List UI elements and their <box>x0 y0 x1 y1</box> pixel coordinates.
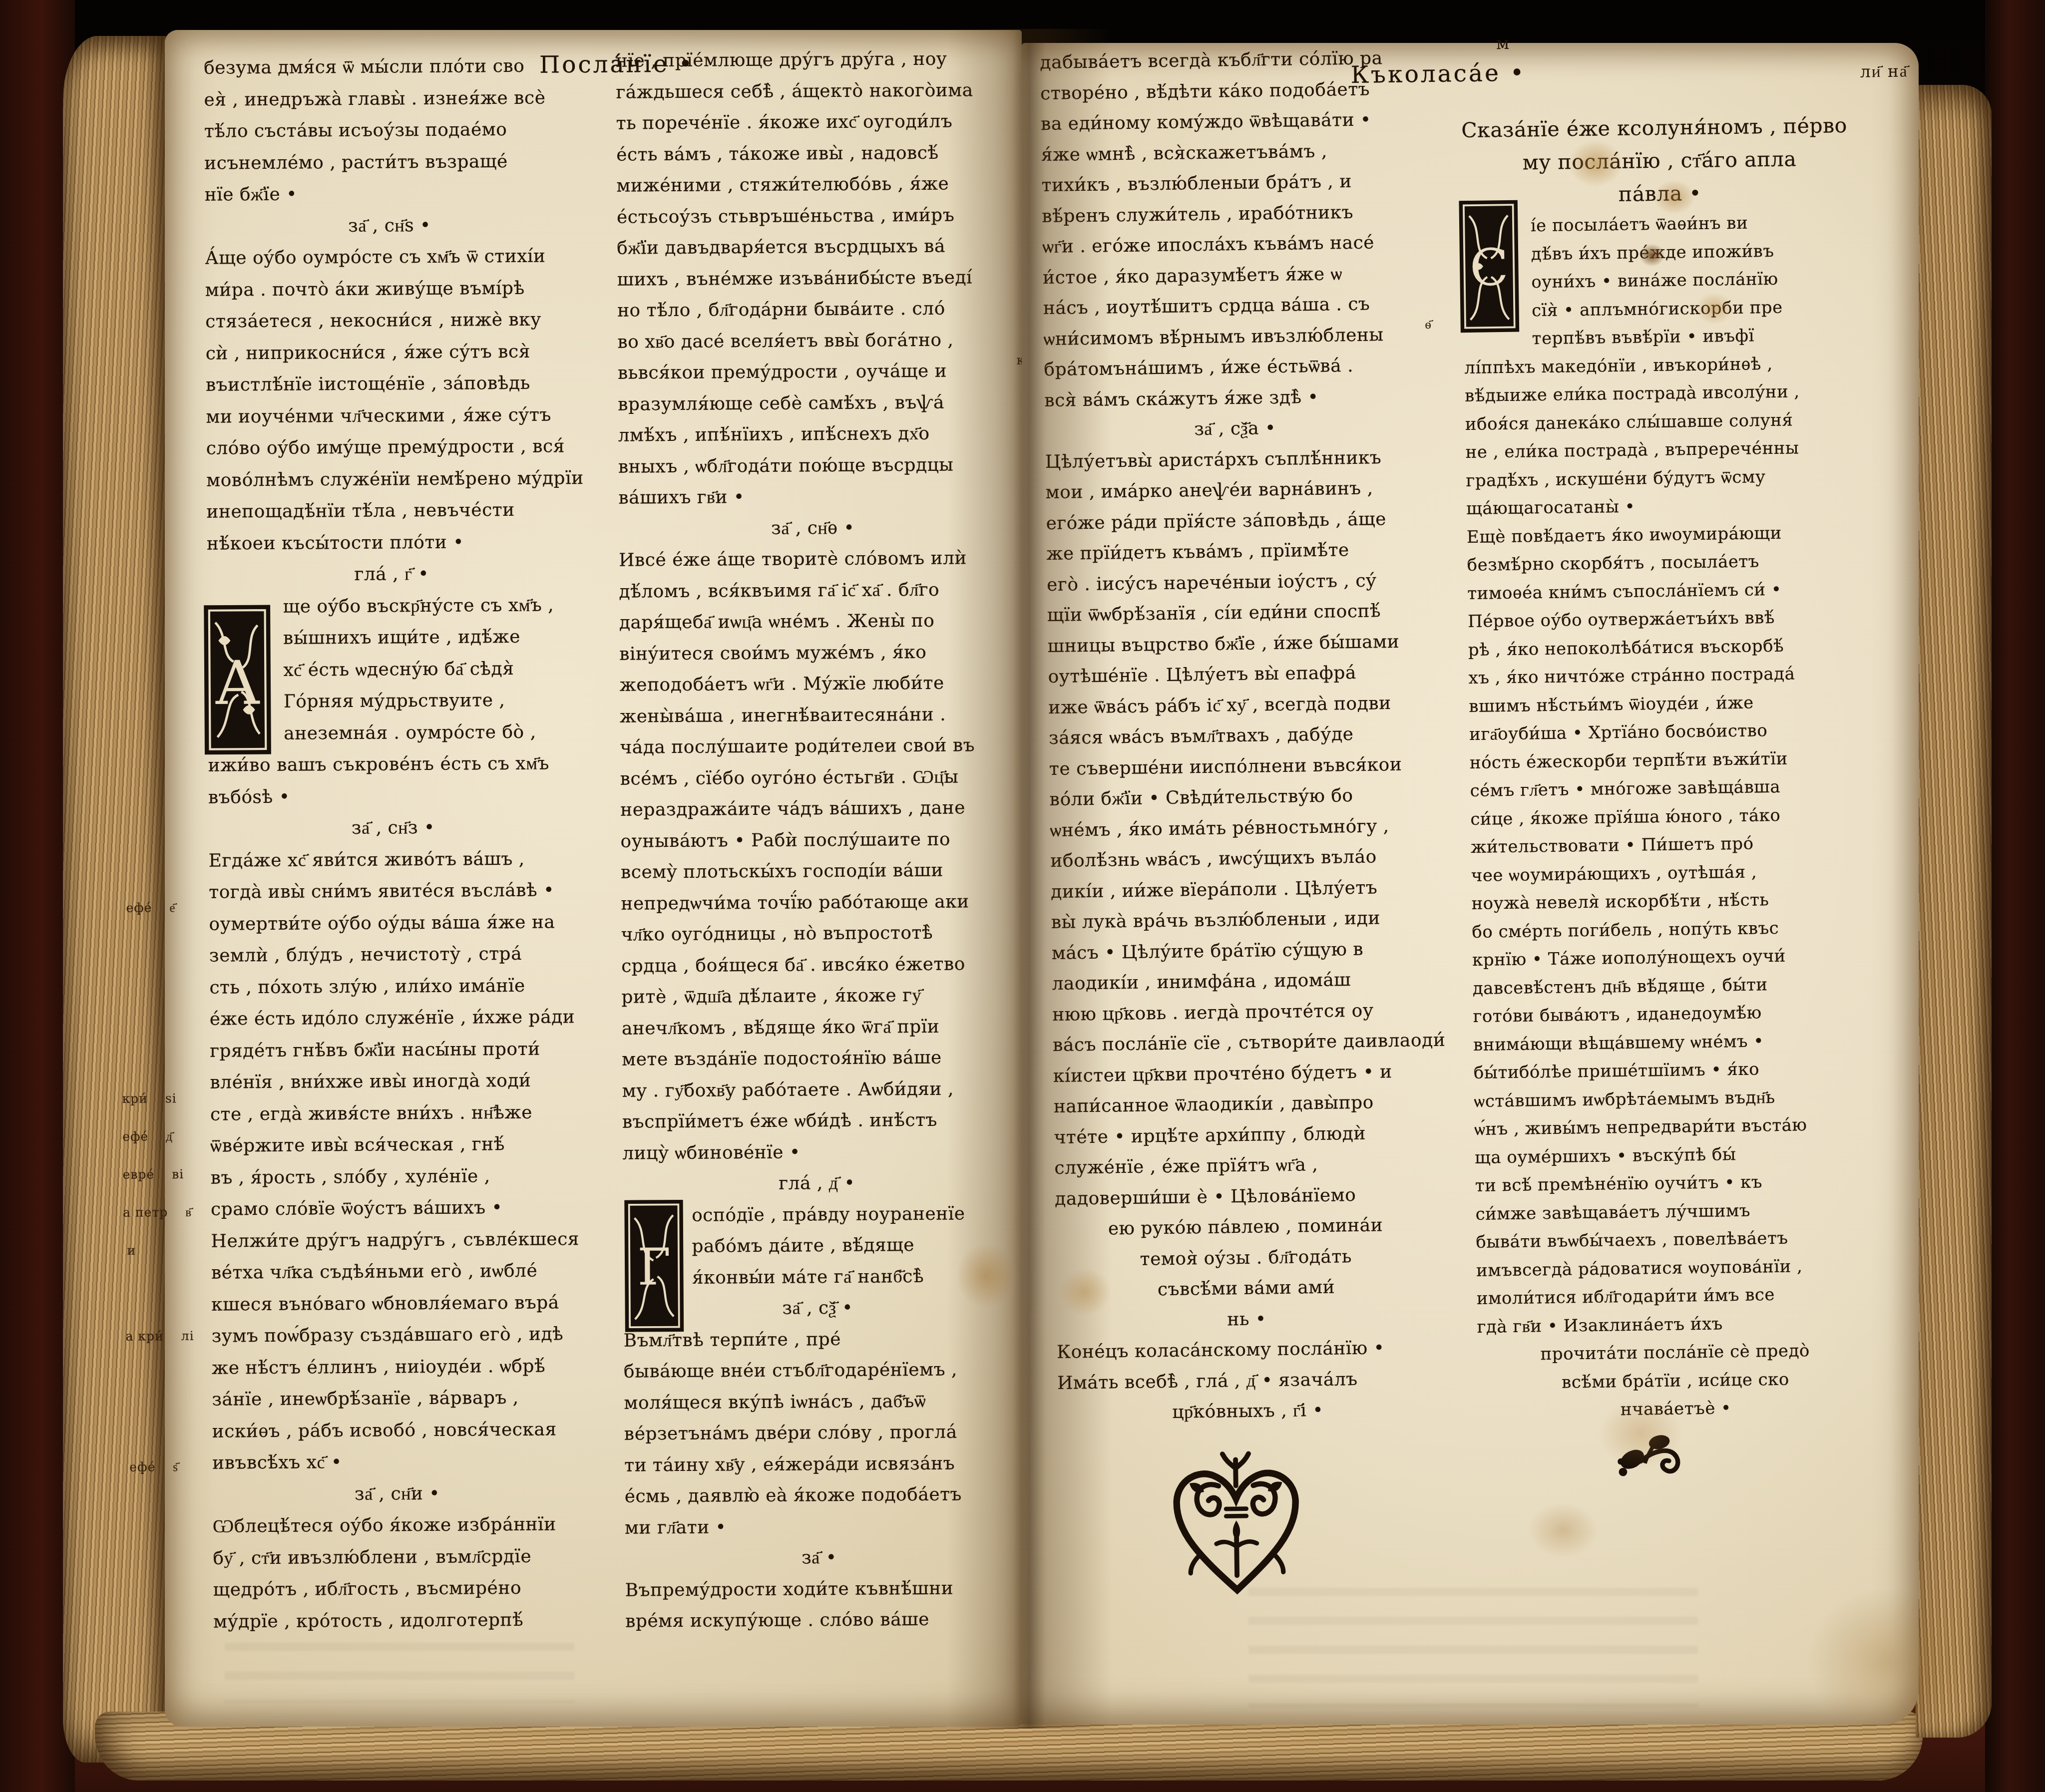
text-line: хъ , я́ко ничто́же стра́нно пострада́ <box>1468 659 1864 693</box>
text-line: чее ѡоумира́ющихъ , оутѣша́я , <box>1471 856 1867 890</box>
margin-note-number: лі <box>181 1329 194 1343</box>
right-page-content: Къколаса́е • м ли҃ на҃ дабыва́етъ всегда… <box>1011 37 1930 1730</box>
text-line: нїе , прїе́млюще дру́гъ дру́га , ноу <box>616 43 1004 77</box>
margin-note-text: ефе́ <box>122 1129 148 1143</box>
text-line: дѣ́въ и́хъ пре́жде ипожи́въ <box>1531 236 1859 268</box>
page-stain <box>1639 244 1665 267</box>
right-page: Къколаса́е • м ли҃ на҃ дабыва́етъ всегда… <box>1022 43 1919 1725</box>
text-line: цр҃ко́вныхъ , г҃і • <box>1057 1394 1438 1429</box>
left-page: Посла́нїе • безума дмя́ся ѿ мы́сли пло́т… <box>165 30 1022 1727</box>
text-line: ти всѣ́ премѣне́нїю оучи́тъ • къ <box>1475 1167 1871 1200</box>
text-line: вле́нїя , вни́хже ивы̀ иногда̀ ходи́ <box>210 1065 579 1098</box>
text-line: имъвсегда̀ ра́доватися ѡоупова́нїи , <box>1476 1251 1872 1285</box>
margin-note-text: ефе́ <box>126 900 152 915</box>
text-line: инепощадѣ́нїи тѣ́ла , невъче́сти <box>206 494 576 528</box>
text-line: сѝ , ниприкосни́ся , я́же су́тъ вся̀ <box>205 336 575 369</box>
book-gutter-shadow <box>947 29 1112 1729</box>
text-line: тогда̀ ивы̀ сни́мъ явите́ся въсла́вѣ • <box>209 874 578 908</box>
text-line: бу҃ , ст҃и ивъзлю́блени , въмл҃срдїе <box>213 1540 582 1574</box>
text-line: вѣ́дыиже ели́ка пострада̀ ивсолу́ни , <box>1465 377 1861 410</box>
page-stain <box>1598 1398 1683 1468</box>
text-line: Егда́же хс҃ яви́тся живо́тъ ва́шъ , <box>209 843 578 877</box>
page-stain <box>1059 1268 1111 1316</box>
text-line: Нелжи́те дру́гъ надру́гъ , съвле́кшеся <box>211 1223 580 1257</box>
text-line: се́мъ гл҃етъ • мно́гоже завѣща́вша <box>1470 772 1866 805</box>
margin-note-text: евре́ <box>123 1167 155 1181</box>
svg-text:Г: Г <box>637 1237 671 1296</box>
text-line: гряде́тъ гнѣ́въ бж҃їи насы́ны проти́ <box>210 1033 579 1067</box>
text-line: ѡста́вшимъ иѡбрѣта́емымъ въдн҃ь <box>1474 1082 1870 1115</box>
showthrough-text-ghost <box>1248 1588 1698 1708</box>
text-line: си́це , я́коже прїя́ша ю́ного , та́ко <box>1470 800 1866 833</box>
text-line: ве́тха чл҃ка съдѣя́ньми его̀ , иѡбле́ <box>211 1255 581 1289</box>
text-line: оуни́хъ • вина́же посла́нїю <box>1531 264 1859 297</box>
text-line: жи́тельствовати • Пи́шетъ про́ <box>1471 828 1867 862</box>
text-line: стяза́етеся , некосни́ся , нижѐ вку <box>205 304 575 338</box>
text-line: терпѣ́въ въвѣ́рїи • ивъфї <box>1532 321 1860 353</box>
text-line: гда̀ гв҃и • Изаклина́етъ и́хъ <box>1477 1308 1873 1341</box>
text-line: ща оуме́ршихъ • въску́пѣ бы́ <box>1475 1138 1871 1172</box>
text-line: въбо́ѕѣ • <box>208 779 578 813</box>
text-line: щедро́тъ , ибл҃гость , въсмире́но <box>213 1572 582 1606</box>
text-line: ея̀ , инедръжа̀ главы̀ . изнея́же всѐ <box>204 82 573 116</box>
text-line: тѣ́ло съста́вы исъоу́зы подае́мо <box>204 113 574 147</box>
text-line: гла́ , г҃ • <box>207 557 576 591</box>
text-line: е́же е́сть идо́ло служе́нїе , и́хже ра́д… <box>210 1001 579 1035</box>
text-line: си́мже завѣщава́етъ лу́чшимъ <box>1475 1195 1871 1228</box>
text-line: безума дмя́ся ѿ мы́сли пло́ти сво <box>204 50 573 84</box>
initial-A-woodcut-icon: А <box>203 604 272 755</box>
page-stain <box>1695 292 1733 325</box>
text-line: ми́ра . почто̀ а́ки живу́ще въмі́рѣ <box>205 272 575 306</box>
ornamental-initial-G: Г <box>624 1196 685 1336</box>
text-line: сло́во оу́бо иму́ще прему́дрости , вся́ <box>206 430 576 464</box>
margin-note-text: а кри́ <box>125 1329 163 1343</box>
text-line: ѡ́нъ , живы́мъ непредвари́ти въста́ю <box>1474 1110 1870 1144</box>
margin-note-number: ві <box>172 1167 184 1181</box>
text-line: градѣ́хъ , искуше́ни бу́дутъ ѿсму <box>1466 461 1862 495</box>
text-line: за҃ , сн҃ѕ • <box>205 209 574 243</box>
corner-folio-number: ли҃ на҃ <box>1860 61 1908 81</box>
text-line: ибоя́ся данека́ко слы́шавше солуня́ <box>1465 405 1861 438</box>
text-line: му посла́нїю , ст҃а́го апла <box>1462 142 1858 180</box>
text-line: Има́ть всебѣ̀ , гла́ , д҃ • язача́лъ <box>1057 1363 1438 1398</box>
page-stack-left-edge <box>63 36 169 1763</box>
text-line: гото́ви быва́ютъ , иданедоумѣ́ю <box>1473 998 1869 1031</box>
text-line: темоя̀ оу́зы . бл҃года́ть <box>1055 1240 1436 1275</box>
text-line: А́ще оу́бо оумро́сте съ хм҃ъ ѿ стихі́и <box>205 240 574 274</box>
text-line: землѝ , блу́дъ , нечистоту̀ , стра́ <box>209 938 579 972</box>
left-page-content: Посла́нїе • безума дмя́ся ѿ мы́сли пло́т… <box>160 27 1027 1729</box>
text-line: ивъвсѣ́хъ хс҃ • <box>212 1445 582 1479</box>
text-line: і́е посыла́етъ ѿаѳи́нъ ви <box>1530 208 1858 240</box>
signature-mark: м <box>1496 33 1510 53</box>
margin-note-text: кри́ <box>122 1091 148 1105</box>
text-line: Го́рняя му́дрьствуите , <box>284 684 577 717</box>
text-line: Коне́цъ коласа́нскому посла́нїю • <box>1057 1332 1438 1368</box>
text-line: крнїю • Та́же иополу́нощехъ оучи́ <box>1472 941 1868 975</box>
text-line: нѣ́коеи късы́тости пло́ти • <box>207 526 576 560</box>
text-line: ща́ющагосатаны̀ • <box>1466 490 1862 523</box>
text-line: прочита́ти посла́нїе сѐ предо̀ <box>1477 1336 1873 1370</box>
page-stack-right-edge <box>1916 85 1992 1738</box>
margin-note: а кри́ лі <box>125 1329 194 1344</box>
initial-G-woodcut-icon: Г <box>624 1196 685 1336</box>
ornamental-initial-S: С <box>1458 192 1520 341</box>
text-line: въ , я́рость , ѕло́бу , хуле́нїе , <box>210 1160 580 1194</box>
text-line: Пе́рвое оу́бо оутвержа́етъи́хъ ввѣ́ <box>1468 603 1864 636</box>
text-line: срамо сло́вїе ѿоу́стъ ва́шихъ • <box>211 1191 580 1225</box>
text-line: быва́ти въѡбы́чаехъ , повелѣва́етъ <box>1476 1223 1872 1257</box>
margin-note: ефе́ е҃ <box>126 900 175 916</box>
text-line: же нѣ́стъ е́ллинъ , ниіоуде́и . ѡбрѣ́ <box>212 1350 581 1384</box>
text-line: имоли́тися ибл҃годари́ти и́мъ все <box>1477 1280 1873 1313</box>
text-line: съвсѣ́ми ва́ми ами́ <box>1056 1271 1437 1306</box>
text-line: оумертви́те оу́бо оу́ды ва́ша я́же на <box>209 906 578 940</box>
text-line: безмѣ́рно скорбя́тъ , посыла́етъ <box>1467 546 1863 580</box>
margin-note-number: ѕі <box>165 1091 177 1105</box>
text-line: мово́лнѣмъ служе́нїи немѣ́рено му́дрїи <box>206 462 576 496</box>
margin-note-number: е҃ <box>169 900 175 915</box>
text-line: за҃ , сн҃з • <box>208 811 578 845</box>
text-line: иски́ѳъ , ра́бъ исвобо́ , новся́ческая <box>212 1414 582 1447</box>
text-line: ми иоуче́нми чл҃ческими , я́же су́тъ <box>206 399 575 433</box>
text-line: Ещѐ повѣ́даетъ я́ко иѡоумира́ющи <box>1467 518 1863 551</box>
text-line: вшимъ нѣ́стьи́мъ ѿіоуде́и , и́же <box>1469 687 1865 720</box>
svg-text:А: А <box>214 648 260 718</box>
text-line: кшеся въно́ваго ѡбновля́емаго въра́ <box>211 1287 581 1321</box>
margin-note: а петр в҃ <box>123 1205 192 1220</box>
margin-note: кри́ ѕі <box>122 1091 177 1106</box>
ornamental-initial-A: А <box>203 604 272 755</box>
text-line: сть , по́хоть злу́ю , или́хо има́нїе <box>209 970 579 1004</box>
text-line: му́дрїе , кро́тость , идолготерпѣ́ <box>213 1604 583 1638</box>
text-line: но́сть е́жескорби терпѣ́ти въжи́тїи <box>1469 743 1865 777</box>
text-line: анеземна́я . оумро́сте бо̀ , <box>284 716 577 749</box>
text-line: лі́ппѣхъ македо́нїи , ивъкори́нѳѣ , <box>1464 349 1860 382</box>
text-line: бо сме́рть поги́бель , нопу́ть квъс <box>1472 913 1868 946</box>
text-line: ига҃оуби́ша • Хртїа́но босво́иство <box>1469 716 1865 749</box>
text-line: хс҃ е́сть ѡдесну́ю ба҃ сѣдя̀ <box>283 653 577 686</box>
heart-tailpiece-ornament <box>1163 1449 1310 1605</box>
svg-text:С: С <box>1469 238 1509 297</box>
text-line: за҃ , сн҃и • <box>212 1477 582 1511</box>
margin-note: ефе́ ѕ҃ <box>129 1459 178 1475</box>
column-1-text: безума дмя́ся ѿ мы́сли пло́ти своея̀ , и… <box>204 50 583 1637</box>
text-line: ею руко́ю па́влею , помина́и <box>1055 1209 1436 1245</box>
showthrough-text-ghost <box>225 1643 574 1703</box>
text-line: не , ели́ка пострада̀ , въпререче́нны <box>1465 433 1861 467</box>
text-line: дадоверши́ши ѐ • Цѣлова́нїемо <box>1055 1178 1436 1214</box>
text-line: въистлѣ́нїе іистоще́нїе , за́повѣдь <box>206 367 575 401</box>
margin-note: ефе́ д҃ <box>122 1129 173 1144</box>
text-line: всѣ́ми бра́тїи , иси́це ско <box>1478 1364 1874 1398</box>
gutter-note: ѳ҃ <box>1425 317 1432 332</box>
text-line: ноужа̀ невеля̀ искорбѣ́ти , нѣ́сть <box>1471 885 1867 918</box>
text-line: рѣ , я́ко непоколѣба́тися въскорбѣ́ <box>1468 631 1864 664</box>
margin-note: и <box>127 1243 136 1258</box>
margin-note: евре́ ві <box>123 1167 184 1182</box>
margin-note-number: д҃ <box>166 1129 173 1143</box>
text-line: бы́тибо́лѣе прише́тшїимъ • я́ко <box>1474 1054 1870 1087</box>
column-4-text: Сказа́нїе е́же ксолуня́номъ , пе́рвому п… <box>1461 109 1874 1426</box>
margin-note-text: ефе́ <box>129 1459 155 1474</box>
text-line: внима́ющи вѣща́вшему ѡне́мъ • <box>1473 1026 1869 1059</box>
heart-floral-tailpiece-icon <box>1163 1449 1310 1603</box>
margin-note-text: а петр <box>123 1205 168 1220</box>
page-corner-grime <box>1808 1588 1968 1738</box>
text-line: ѿве́ржите ивы̀ вся́ческая , гнѣ́ <box>210 1128 580 1162</box>
text-line: нїе бж҃їе • <box>204 177 574 211</box>
text-line: ще оу́бо въскр҃ну́сте съ хм҃ъ , <box>283 589 576 623</box>
text-line: исънемле́мо , расти́тъ възраще́ <box>204 145 574 179</box>
text-line: нь • <box>1056 1301 1437 1337</box>
initial-S-woodcut-icon: С <box>1458 192 1520 341</box>
text-line: тимоѳе́а кни́мъ съпосла́нїемъ си́ • <box>1467 574 1863 608</box>
text-line: Сказа́нїе е́же ксолуня́номъ , пе́рво <box>1461 109 1857 147</box>
book-photo: Посла́нїе • безума дмя́ся ѿ мы́сли пло́т… <box>0 0 2045 1792</box>
text-line: вы́шнихъ ищи́те , идѣ́же <box>283 621 577 654</box>
text-line: сте , егда̀ живя́сте вни́хъ . нн҃ѣже <box>210 1096 580 1130</box>
page-stain <box>1528 1503 1598 1558</box>
margin-note-number: в҃ <box>185 1205 192 1219</box>
page-stain <box>956 1243 1016 1308</box>
margin-note-text: и <box>127 1243 136 1258</box>
margin-note-text: ѳ҃ <box>1425 317 1432 332</box>
text-line: зумъ поѡ́бразу създа́вшаго его̀ , идѣ <box>211 1318 581 1352</box>
text-line: Ѡблецѣ́теся оу́бо я́коже избра́ннїи <box>213 1508 582 1542</box>
margin-note-number: ѕ҃ <box>173 1459 178 1474</box>
text-line: га́ждьшеся себѣ̀ , а́щекто̀ накого̀има <box>616 74 1004 108</box>
page-stain <box>1653 180 1695 215</box>
text-line: давсевѣ́стенъ дн҃ь вѣ́дяще , бы́ти <box>1472 969 1868 1003</box>
text-line: за́нїе , инеѡбрѣ́занїе , ва́рваръ , <box>212 1382 581 1416</box>
book-cover-right-edge <box>1985 0 2045 1792</box>
page-stain <box>1568 140 1623 187</box>
